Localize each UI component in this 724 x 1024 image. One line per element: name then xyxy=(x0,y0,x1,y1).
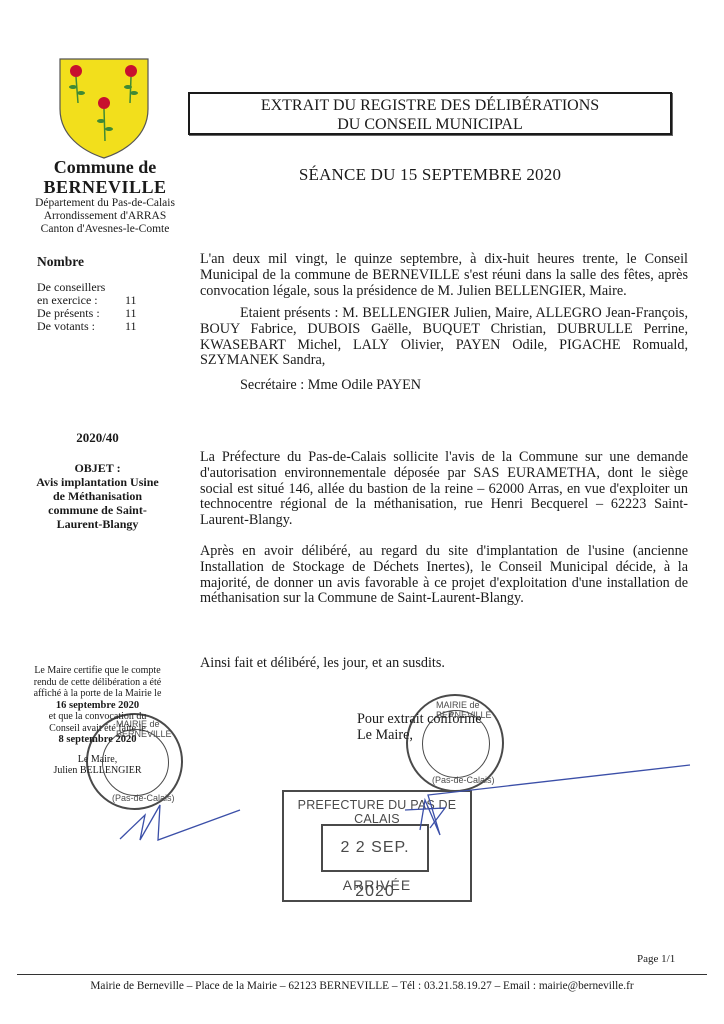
commune-canton: Canton d'Avesnes-le-Comte xyxy=(20,223,190,236)
footer-divider xyxy=(17,974,707,975)
nombre-heading: Nombre xyxy=(37,254,84,270)
page-number: Page 1/1 xyxy=(637,953,675,965)
commune-departement: Département du Pas-de-Calais xyxy=(20,197,190,210)
paragraph-presents: Etaient présents : M. BELLENGIER Julien,… xyxy=(200,306,688,369)
paragraph-opening: L'an deux mil vingt, le quinze septembre… xyxy=(200,252,688,299)
signature-icon xyxy=(90,795,250,845)
document-title-line2: DU CONSEIL MUNICIPAL xyxy=(190,115,670,134)
paragraph-decision: Après en avoir délibéré, au regard du si… xyxy=(200,544,688,607)
document-title-box: EXTRAIT DU REGISTRE DES DÉLIBÉRATIONS DU… xyxy=(188,92,672,135)
paragraph-secretaire: Secrétaire : Mme Odile PAYEN xyxy=(200,378,688,394)
commune-block: Commune de BERNEVILLE Département du Pas… xyxy=(20,157,190,236)
commune-arrondissement: Arrondissement d'ARRAS xyxy=(20,210,190,223)
commune-line1: Commune de xyxy=(20,157,190,177)
paragraph-demande: La Préfecture du Pas-de-Calais sollicite… xyxy=(200,450,688,529)
paragraph-closing: Ainsi fait et délibéré, les jour, et an … xyxy=(200,656,688,672)
coat-of-arms-icon xyxy=(58,57,150,160)
prefecture-stamp-status: ARRIVÉE xyxy=(284,877,470,893)
footer-address: Mairie de Berneville – Place de la Mairi… xyxy=(0,980,724,992)
deliberation-objet: OBJET : Avis implantation Usine de Métha… xyxy=(20,461,175,531)
affichage-date: 16 septembre 2020 xyxy=(56,700,139,711)
signature-icon xyxy=(400,760,700,840)
seance-title: SÉANCE DU 15 SEPTEMBRE 2020 xyxy=(188,165,672,185)
deliberation-number: 2020/40 xyxy=(20,430,175,446)
nombre-row: De votants : 11 xyxy=(37,320,155,333)
commune-name: BERNEVILLE xyxy=(20,177,190,197)
nombre-table: De conseillers en exercice : 11 De prése… xyxy=(37,281,155,333)
document-title-line1: EXTRAIT DU REGISTRE DES DÉLIBÉRATIONS xyxy=(190,96,670,115)
